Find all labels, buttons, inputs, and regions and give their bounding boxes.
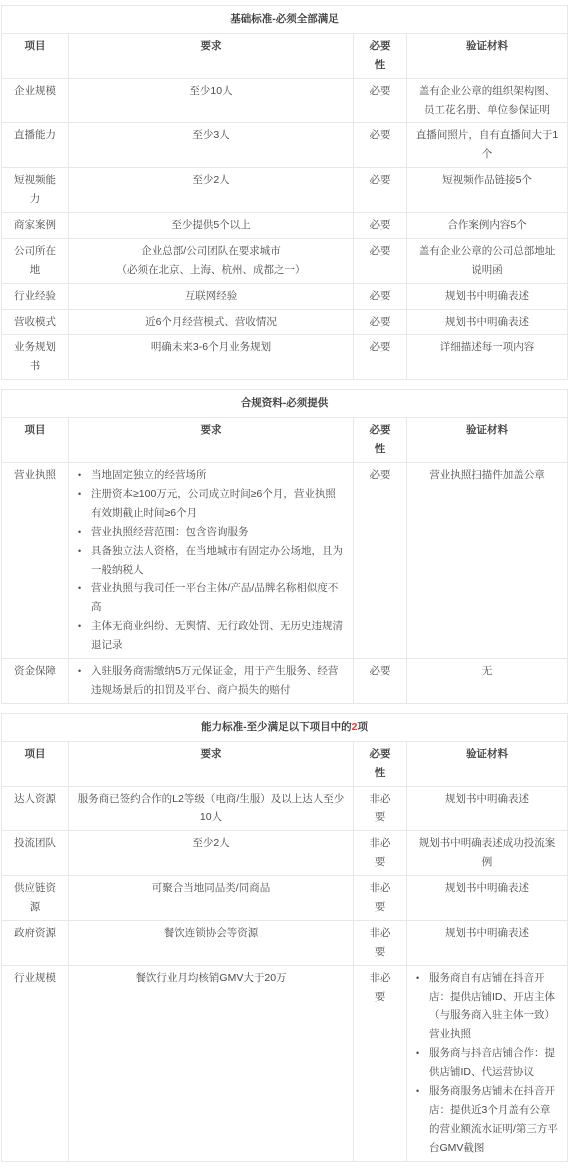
item-label: 营业执照 — [11, 466, 59, 485]
verification-cell: 规划书中明确表述 — [407, 283, 568, 309]
verification-cell: 盖有企业公章的组织架构图、员工花名册、单位参保证明 — [407, 78, 568, 123]
section-title-text: 项 — [357, 721, 368, 733]
bullet-item: 当地固定独立的经营场所 — [77, 466, 345, 485]
requirement-cell: 明确未来3-6个月业务规划 — [69, 335, 354, 380]
verification-cell: 营业执照扫描件加盖公章 — [407, 462, 568, 658]
text-lines: 短视频作品链接5个 — [415, 171, 559, 190]
item-label: 资金保障 — [11, 662, 59, 681]
necessity-cell: 非必要 — [354, 786, 407, 831]
bullet-text: 服务商自有店铺在抖音开店：提供店铺ID、开店主体（与服务商入驻主体一致）营业执照 — [429, 969, 559, 1045]
table-row: 行业经验互联网经验必要规划书中明确表述 — [2, 283, 568, 309]
text-line: 可聚合当地同品类/同商品 — [77, 879, 345, 898]
item-label: 政府资源 — [11, 924, 59, 943]
text-lines: 至少2人 — [77, 171, 345, 190]
bullet-list: 入驻服务商需缴纳5万元保证金，用于产生服务、经营违规场景后的扣罚及平台、商户损失… — [77, 662, 345, 700]
necessity-cell: 非必要 — [354, 965, 407, 1161]
item-label: 供应链资源 — [11, 879, 59, 917]
item-cell: 供应链资源 — [2, 876, 69, 921]
text-lines: 餐饮行业月均核销GMV大于20万 — [77, 969, 345, 988]
column-header-label: 项目 — [10, 745, 60, 764]
item-label: 短视频能力 — [11, 171, 59, 209]
text-lines: 服务商已签约合作的L2等级（电商/生服）及以上达人至少10人 — [77, 790, 345, 828]
text-line: 合作案例内容5个 — [415, 216, 559, 235]
table-row: 企业规模至少10人必要盖有企业公章的组织架构图、员工花名册、单位参保证明 — [2, 78, 568, 123]
text-line: 规划书中明确表述 — [415, 287, 559, 306]
table-row: 政府资源餐饮连锁协会等资源非必要规划书中明确表述 — [2, 920, 568, 965]
verification-cell: 盖有企业公章的公司总部地址说明函 — [407, 238, 568, 283]
verification-cell: 无 — [407, 659, 568, 704]
requirement-cell: 餐饮行业月均核销GMV大于20万 — [69, 965, 354, 1161]
text-line: 餐饮连锁协会等资源 — [77, 924, 345, 943]
text-lines: 规划书中明确表述 — [415, 790, 559, 809]
text-lines: 营业执照扫描件加盖公章 — [415, 466, 559, 485]
item-cell: 行业规模 — [2, 965, 69, 1161]
item-cell: 业务规划书 — [2, 335, 69, 380]
section-title: 基础标准-必须全部满足 — [2, 6, 568, 34]
column-header: 必要性 — [354, 741, 407, 786]
item-label: 公司所在地 — [11, 242, 59, 280]
column-header: 项目 — [2, 33, 69, 78]
text-line: 至少10人 — [77, 82, 345, 101]
bullet-text: 主体无商业纠纷、无舆情、无行政处罚、无历史违规清退记录 — [91, 617, 345, 655]
bullet-item: 营业执照经营范围：包含咨询服务 — [77, 523, 345, 542]
item-cell: 营收模式 — [2, 309, 69, 335]
necessity-label: 非必要 — [367, 790, 393, 828]
bullet-list: 当地固定独立的经营场所注册资本≥100万元，公司成立时间≥6个月，营业执照有效期… — [77, 466, 345, 655]
verification-cell: 服务商自有店铺在抖音开店：提供店铺ID、开店主体（与服务商入驻主体一致）营业执照… — [407, 965, 568, 1161]
table-row: 公司所在地企业总部/公司团队在要求城市（必须在北京、上海、杭州、成都之一）必要盖… — [2, 238, 568, 283]
text-line: 服务商已签约合作的L2等级（电商/生服）及以上达人至少10人 — [77, 790, 345, 828]
bullet-text: 注册资本≥100万元，公司成立时间≥6个月，营业执照有效期截止时间≥6个月 — [91, 485, 345, 523]
section-table-0: 基础标准-必须全部满足项目要求必要性验证材料企业规模至少10人必要盖有企业公章的… — [1, 5, 568, 380]
text-line: 无 — [415, 662, 559, 681]
text-lines: 盖有企业公章的组织架构图、员工花名册、单位参保证明 — [415, 82, 559, 120]
necessity-label: 必要 — [367, 82, 393, 101]
item-label: 行业规模 — [11, 969, 59, 988]
requirement-cell: 至少10人 — [69, 78, 354, 123]
table-row: 短视频能力至少2人必要短视频作品链接5个 — [2, 168, 568, 213]
column-header: 必要性 — [354, 418, 407, 463]
text-line: 至少2人 — [77, 834, 345, 853]
column-header: 验证材料 — [407, 418, 568, 463]
item-cell: 公司所在地 — [2, 238, 69, 283]
requirement-cell: 互联网经验 — [69, 283, 354, 309]
text-line: 盖有企业公章的公司总部地址说明函 — [415, 242, 559, 280]
text-line: 盖有企业公章的组织架构图、员工花名册、单位参保证明 — [415, 82, 559, 120]
item-cell: 商家案例 — [2, 213, 69, 239]
column-header-label: 要求 — [77, 745, 345, 764]
bullet-item: 具备独立法人资格，在当地城市有固定办公场地，且为一般纳税人 — [77, 542, 345, 580]
necessity-cell: 必要 — [354, 238, 407, 283]
verification-cell: 详细描述每一项内容 — [407, 335, 568, 380]
requirement-cell: 至少2人 — [69, 831, 354, 876]
text-line: 规划书中明确表述 — [415, 879, 559, 898]
text-line: 餐饮行业月均核销GMV大于20万 — [77, 969, 345, 988]
column-header-label: 必要性 — [367, 745, 393, 783]
necessity-cell: 必要 — [354, 283, 407, 309]
text-line: 至少2人 — [77, 171, 345, 190]
necessity-label: 必要 — [367, 216, 393, 235]
bullet-text: 具备独立法人资格，在当地城市有固定办公场地，且为一般纳税人 — [91, 542, 345, 580]
text-lines: 互联网经验 — [77, 287, 345, 306]
bullet-text: 服务商服务店铺未在抖音开店：提供近3个月盖有公章的营业额流水证明/第三方平台GM… — [429, 1082, 559, 1158]
necessity-label: 必要 — [367, 287, 393, 306]
text-lines: 规划书中明确表述 — [415, 924, 559, 943]
text-lines: 盖有企业公章的公司总部地址说明函 — [415, 242, 559, 280]
necessity-label: 必要 — [367, 662, 393, 681]
table-row: 直播能力至少3人必要直播间照片，自有直播间大于1个 — [2, 123, 568, 168]
text-lines: 无 — [415, 662, 559, 681]
item-label: 营收模式 — [11, 313, 59, 332]
item-label: 投流团队 — [11, 834, 59, 853]
text-lines: 合作案例内容5个 — [415, 216, 559, 235]
table-row: 达人资源服务商已签约合作的L2等级（电商/生服）及以上达人至少10人非必要规划书… — [2, 786, 568, 831]
requirement-cell: 企业总部/公司团队在要求城市（必须在北京、上海、杭州、成都之一） — [69, 238, 354, 283]
bullet-text: 服务商与抖音店铺合作：提供店铺ID、代运营协议 — [429, 1044, 559, 1082]
text-lines: 至少提供5个以上 — [77, 216, 345, 235]
header-row: 项目要求必要性验证材料 — [2, 33, 568, 78]
section-title-row: 能力标准-至少满足以下项目中的2项 — [2, 713, 568, 741]
text-lines: 至少10人 — [77, 82, 345, 101]
column-header-label: 验证材料 — [415, 37, 559, 56]
column-header: 验证材料 — [407, 33, 568, 78]
column-header: 项目 — [2, 418, 69, 463]
text-line: 营业执照扫描件加盖公章 — [415, 466, 559, 485]
necessity-label: 必要 — [367, 242, 393, 261]
section-title: 能力标准-至少满足以下项目中的2项 — [2, 713, 568, 741]
requirement-cell: 当地固定独立的经营场所注册资本≥100万元，公司成立时间≥6个月，营业执照有效期… — [69, 462, 354, 658]
table-row: 营业执照当地固定独立的经营场所注册资本≥100万元，公司成立时间≥6个月，营业执… — [2, 462, 568, 658]
text-lines: 详细描述每一项内容 — [415, 338, 559, 357]
section-table-2: 能力标准-至少满足以下项目中的2项项目要求必要性验证材料达人资源服务商已签约合作… — [1, 713, 568, 1162]
verification-cell: 规划书中明确表述 — [407, 786, 568, 831]
text-lines: 企业总部/公司团队在要求城市（必须在北京、上海、杭州、成都之一） — [77, 242, 345, 280]
necessity-cell: 必要 — [354, 309, 407, 335]
necessity-label: 非必要 — [367, 924, 393, 962]
bullet-item: 营业执照与我司任一平台主体/产品/品牌名称相似度不高 — [77, 579, 345, 617]
column-header-label: 验证材料 — [415, 745, 559, 764]
text-lines: 规划书中明确表述成功投流案例 — [415, 834, 559, 872]
text-line: 近6个月经营模式、营收情况 — [77, 313, 345, 332]
header-row: 项目要求必要性验证材料 — [2, 418, 568, 463]
necessity-label: 非必要 — [367, 834, 393, 872]
verification-cell: 规划书中明确表述成功投流案例 — [407, 831, 568, 876]
text-line: 直播间照片，自有直播间大于1个 — [415, 126, 559, 164]
necessity-label: 必要 — [367, 126, 393, 145]
item-cell: 直播能力 — [2, 123, 69, 168]
necessity-cell: 必要 — [354, 78, 407, 123]
column-header-label: 项目 — [10, 37, 60, 56]
necessity-cell: 必要 — [354, 659, 407, 704]
text-line: 详细描述每一项内容 — [415, 338, 559, 357]
section-title-text: 合规资料-必须提供 — [241, 397, 329, 409]
item-cell: 行业经验 — [2, 283, 69, 309]
bullet-text: 当地固定独立的经营场所 — [91, 466, 345, 485]
necessity-label: 必要 — [367, 466, 393, 485]
column-header-label: 验证材料 — [415, 421, 559, 440]
necessity-label: 必要 — [367, 313, 393, 332]
table-row: 行业规模餐饮行业月均核销GMV大于20万非必要服务商自有店铺在抖音开店：提供店铺… — [2, 965, 568, 1161]
column-header: 要求 — [69, 741, 354, 786]
section-title: 合规资料-必须提供 — [2, 390, 568, 418]
text-line: 明确未来3-6个月业务规划 — [77, 338, 345, 357]
item-label: 直播能力 — [11, 126, 59, 145]
requirement-cell: 可聚合当地同品类/同商品 — [69, 876, 354, 921]
column-header-label: 必要性 — [367, 421, 393, 459]
text-line: 短视频作品链接5个 — [415, 171, 559, 190]
requirement-cell: 入驻服务商需缴纳5万元保证金，用于产生服务、经营违规场景后的扣罚及平台、商户损失… — [69, 659, 354, 704]
necessity-label: 非必要 — [367, 969, 393, 1007]
bullet-item: 主体无商业纠纷、无舆情、无行政处罚、无历史违规清退记录 — [77, 617, 345, 655]
necessity-cell: 非必要 — [354, 920, 407, 965]
column-header: 项目 — [2, 741, 69, 786]
bullet-text: 营业执照经营范围：包含咨询服务 — [91, 523, 345, 542]
requirement-cell: 至少2人 — [69, 168, 354, 213]
item-cell: 企业规模 — [2, 78, 69, 123]
section-title-row: 基础标准-必须全部满足 — [2, 6, 568, 34]
section-title-text: 基础标准-必须全部满足 — [230, 13, 339, 25]
text-line: 规划书中明确表述 — [415, 790, 559, 809]
text-lines: 规划书中明确表述 — [415, 313, 559, 332]
bullet-item: 入驻服务商需缴纳5万元保证金，用于产生服务、经营违规场景后的扣罚及平台、商户损失… — [77, 662, 345, 700]
text-line: 规划书中明确表述成功投流案例 — [415, 834, 559, 872]
necessity-cell: 必要 — [354, 123, 407, 168]
column-header: 要求 — [69, 33, 354, 78]
column-header-label: 必要性 — [367, 37, 393, 75]
bullet-text: 营业执照与我司任一平台主体/产品/品牌名称相似度不高 — [91, 579, 345, 617]
text-line: （必须在北京、上海、杭州、成都之一） — [77, 261, 345, 280]
column-header: 要求 — [69, 418, 354, 463]
verification-cell: 规划书中明确表述 — [407, 920, 568, 965]
item-label: 达人资源 — [11, 790, 59, 809]
bullet-item: 服务商服务店铺未在抖音开店：提供近3个月盖有公章的营业额流水证明/第三方平台GM… — [415, 1082, 559, 1158]
text-lines: 规划书中明确表述 — [415, 287, 559, 306]
column-header: 验证材料 — [407, 741, 568, 786]
text-lines: 至少3人 — [77, 126, 345, 145]
necessity-cell: 非必要 — [354, 876, 407, 921]
column-header-label: 项目 — [10, 421, 60, 440]
item-cell: 政府资源 — [2, 920, 69, 965]
text-lines: 至少2人 — [77, 834, 345, 853]
bullet-item: 服务商自有店铺在抖音开店：提供店铺ID、开店主体（与服务商入驻主体一致）营业执照 — [415, 969, 559, 1045]
column-header: 必要性 — [354, 33, 407, 78]
requirement-cell: 至少3人 — [69, 123, 354, 168]
text-lines: 规划书中明确表述 — [415, 879, 559, 898]
item-cell: 投流团队 — [2, 831, 69, 876]
necessity-cell: 必要 — [354, 168, 407, 213]
text-lines: 可聚合当地同品类/同商品 — [77, 879, 345, 898]
requirement-cell: 服务商已签约合作的L2等级（电商/生服）及以上达人至少10人 — [69, 786, 354, 831]
item-cell: 短视频能力 — [2, 168, 69, 213]
item-cell: 资金保障 — [2, 659, 69, 704]
item-label: 业务规划书 — [11, 338, 59, 376]
verification-cell: 合作案例内容5个 — [407, 213, 568, 239]
table-row: 投流团队至少2人非必要规划书中明确表述成功投流案例 — [2, 831, 568, 876]
necessity-label: 非必要 — [367, 879, 393, 917]
section-table-1: 合规资料-必须提供项目要求必要性验证材料营业执照当地固定独立的经营场所注册资本≥… — [1, 389, 568, 704]
verification-cell: 规划书中明确表述 — [407, 309, 568, 335]
table-row: 营收模式近6个月经营模式、营收情况必要规划书中明确表述 — [2, 309, 568, 335]
text-line: 互联网经验 — [77, 287, 345, 306]
text-lines: 直播间照片，自有直播间大于1个 — [415, 126, 559, 164]
item-label: 商家案例 — [11, 216, 59, 235]
qualification-document: 基础标准-必须全部满足项目要求必要性验证材料企业规模至少10人必要盖有企业公章的… — [0, 0, 568, 1162]
necessity-cell: 必要 — [354, 213, 407, 239]
requirement-cell: 至少提供5个以上 — [69, 213, 354, 239]
text-lines: 餐饮连锁协会等资源 — [77, 924, 345, 943]
text-line: 至少3人 — [77, 126, 345, 145]
table-row: 商家案例至少提供5个以上必要合作案例内容5个 — [2, 213, 568, 239]
bullet-item: 注册资本≥100万元，公司成立时间≥6个月，营业执照有效期截止时间≥6个月 — [77, 485, 345, 523]
header-row: 项目要求必要性验证材料 — [2, 741, 568, 786]
item-label: 行业经验 — [11, 287, 59, 306]
text-line: 规划书中明确表述 — [415, 313, 559, 332]
item-cell: 达人资源 — [2, 786, 69, 831]
bullet-item: 服务商与抖音店铺合作：提供店铺ID、代运营协议 — [415, 1044, 559, 1082]
section-title-row: 合规资料-必须提供 — [2, 390, 568, 418]
verification-cell: 规划书中明确表述 — [407, 876, 568, 921]
bullet-text: 入驻服务商需缴纳5万元保证金，用于产生服务、经营违规场景后的扣罚及平台、商户损失… — [91, 662, 345, 700]
table-row: 供应链资源可聚合当地同品类/同商品非必要规划书中明确表述 — [2, 876, 568, 921]
text-lines: 近6个月经营模式、营收情况 — [77, 313, 345, 332]
bullet-list: 服务商自有店铺在抖音开店：提供店铺ID、开店主体（与服务商入驻主体一致）营业执照… — [415, 969, 559, 1158]
item-label: 企业规模 — [11, 82, 59, 101]
table-row: 业务规划书明确未来3-6个月业务规划必要详细描述每一项内容 — [2, 335, 568, 380]
necessity-label: 必要 — [367, 171, 393, 190]
requirement-cell: 近6个月经营模式、营收情况 — [69, 309, 354, 335]
necessity-cell: 必要 — [354, 462, 407, 658]
text-line: 至少提供5个以上 — [77, 216, 345, 235]
section-title-text: 能力标准-至少满足以下项目中的 — [201, 721, 352, 733]
column-header-label: 要求 — [77, 37, 345, 56]
requirement-cell: 餐饮连锁协会等资源 — [69, 920, 354, 965]
necessity-cell: 非必要 — [354, 831, 407, 876]
necessity-cell: 必要 — [354, 335, 407, 380]
item-cell: 营业执照 — [2, 462, 69, 658]
table-row: 资金保障入驻服务商需缴纳5万元保证金，用于产生服务、经营违规场景后的扣罚及平台、… — [2, 659, 568, 704]
text-lines: 明确未来3-6个月业务规划 — [77, 338, 345, 357]
column-header-label: 要求 — [77, 421, 345, 440]
verification-cell: 短视频作品链接5个 — [407, 168, 568, 213]
verification-cell: 直播间照片，自有直播间大于1个 — [407, 123, 568, 168]
text-line: 企业总部/公司团队在要求城市 — [77, 242, 345, 261]
necessity-label: 必要 — [367, 338, 393, 357]
text-line: 规划书中明确表述 — [415, 924, 559, 943]
